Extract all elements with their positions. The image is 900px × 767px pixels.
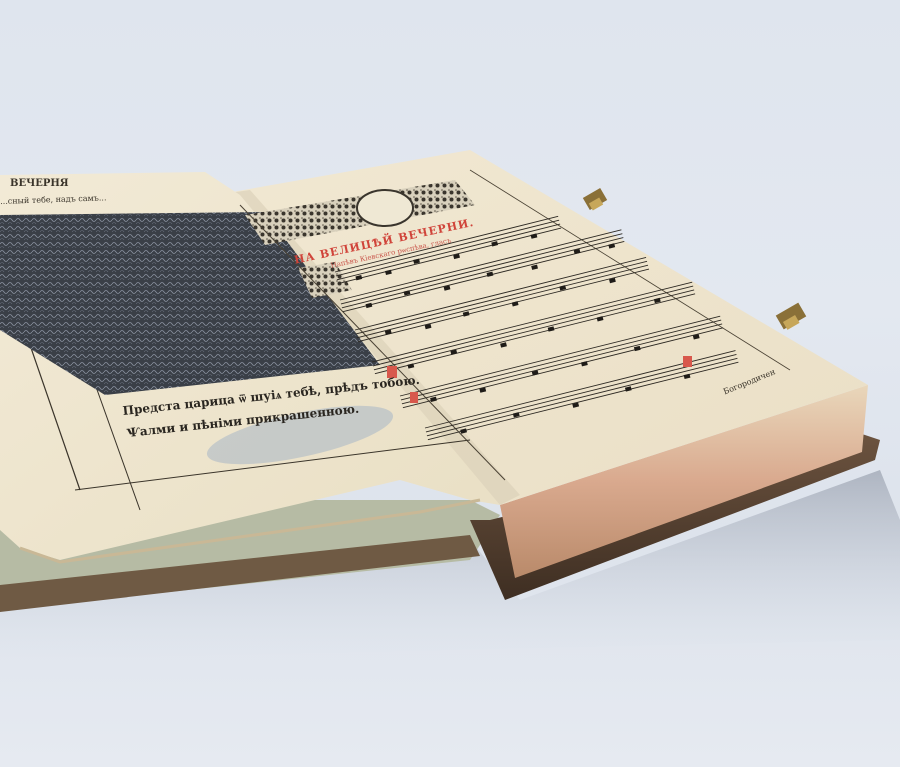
left-page-header: ВЕЧЕРНЯ — [10, 178, 69, 189]
red-initial — [683, 356, 692, 367]
brass-clasp-top — [583, 188, 607, 211]
brass-clasp-bottom — [776, 303, 807, 330]
book-photo: ВЕЧЕРНЯ ...сный тебе, надъ самъ... Предс… — [0, 0, 900, 767]
book-illustration — [0, 0, 900, 767]
red-initial — [410, 392, 418, 403]
